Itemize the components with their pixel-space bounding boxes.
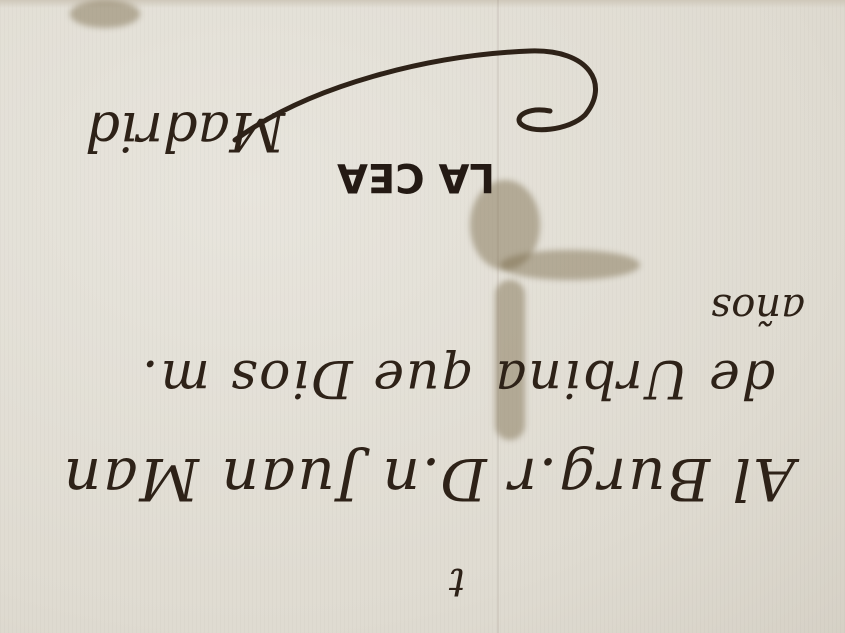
- postmark-text: LA CEA: [337, 154, 495, 200]
- corner-mark: t: [449, 559, 465, 605]
- destination: Madrid: [85, 100, 285, 163]
- address-line-1: Al Burg.r D.n Juan Man: [62, 445, 795, 513]
- rotated-text-layer: Al Burg.r D.n Juan Man de Urbina que Dio…: [0, 0, 845, 633]
- address-line-3: años: [711, 285, 805, 331]
- postmark-stamp: LA CEA: [315, 125, 555, 295]
- address-line-2: de Urbina que Dios m.: [140, 348, 775, 408]
- letter-cover: Al Burg.r D.n Juan Man de Urbina que Dio…: [0, 0, 845, 633]
